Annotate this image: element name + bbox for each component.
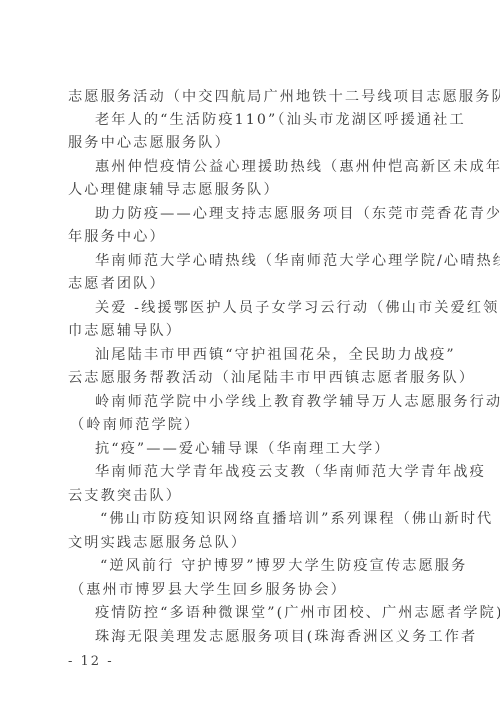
text-line: 关爱 -线援鄂医护人员子女学习云行动（佛山市关爱红领 — [95, 299, 499, 317]
text-line: 云志愿服务帮教活动（汕尾陆丰市甲西镇志愿者服务队） — [68, 369, 475, 387]
text-line: 珠海无限美理发志愿服务项目(珠海香洲区义务工作者 — [95, 628, 477, 646]
text-line: 志愿服务活动（中交四航局广州地铁十二号线项目志愿服务队） — [68, 88, 500, 106]
text-line: 华南师范大学心晴热线（华南师范大学心理学院/心晴热线 — [95, 252, 500, 270]
text-line: 助力防疫——心理支持志愿服务项目（东莞市莞香花青少 — [95, 205, 500, 223]
text-line: 华南师范大学青年战疫云支教（华南师范大学青年战疫 — [95, 463, 486, 481]
text-line: 巾志愿辅导队） — [68, 322, 182, 340]
text-line: 云支教突击队） — [68, 487, 182, 505]
document-page: 志愿服务活动（中交四航局广州地铁十二号线项目志愿服务队） 老年人的“生活防疫11… — [0, 0, 500, 707]
text-line: 老年人的“生活防疫110”（汕头市龙湖区呼援通社工 — [95, 111, 466, 129]
text-line: 抗“疫”——爱心辅导课（华南理工大学） — [95, 440, 391, 458]
text-line: （岭南师范学院） — [70, 416, 200, 434]
text-line: （惠州市博罗县大学生回乡服务协会） — [70, 581, 347, 599]
text-line: 年服务中心） — [68, 228, 166, 246]
text-line: 文明实践志愿服务总队） — [68, 534, 247, 552]
text-line: 人心理健康辅导志愿服务队） — [68, 181, 280, 199]
text-line: 志愿者团队） — [68, 275, 166, 293]
text-line: 服务中心志愿服务队） — [68, 134, 231, 152]
text-line: 岭南师范学院中小学线上教育教学辅导万人志愿服务行动 — [95, 393, 500, 411]
page-number: - 12 - — [68, 654, 114, 669]
text-line: 汕尾陆丰市甲西镇“守护祖国花朵，全民助力战疫” — [95, 346, 456, 364]
text-line: “逆风前行 守护博罗”博罗大学生防疫宣传志愿服务 — [100, 557, 467, 575]
text-line: 疫情防控“多语种微课堂”(广州市团校、广州志愿者学院) — [95, 604, 500, 622]
text-line: 惠州仲恺疫情公益心理援助热线（惠州仲恺高新区未成年 — [95, 158, 500, 176]
text-line: “佛山市防疫知识网络直播培训”系列课程（佛山新时代 — [100, 510, 493, 528]
